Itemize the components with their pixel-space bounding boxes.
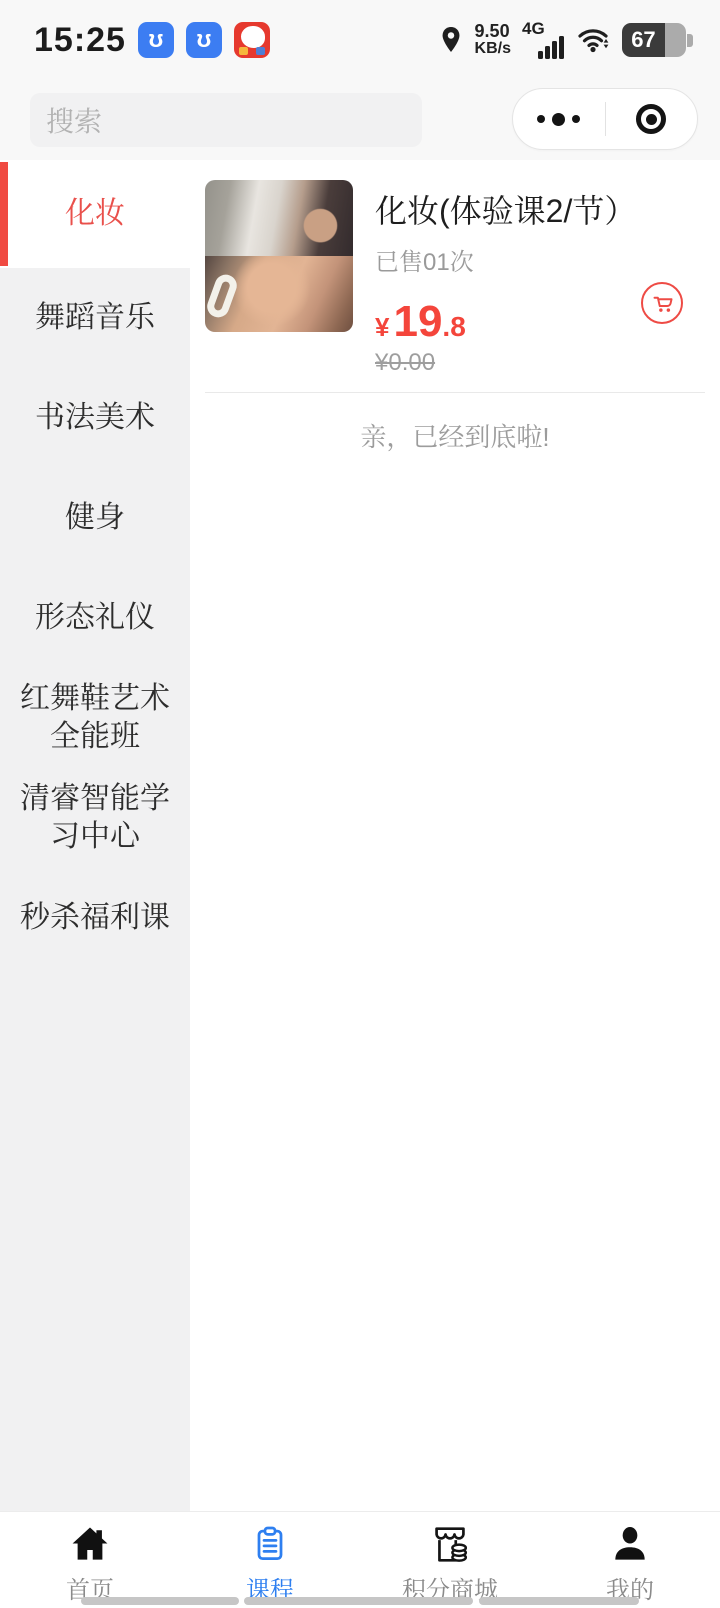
status-bar-left: 15:25 ʊ ʊ	[34, 21, 270, 60]
sidebar-item-wudaoyinyue[interactable]: 舞蹈音乐	[0, 268, 190, 368]
sidebar-item-hongwuxie[interactable]: 红舞鞋艺术全能班	[0, 668, 190, 768]
sidebar-item-label: 形态礼仪	[35, 599, 155, 637]
more-dots-icon	[537, 113, 580, 126]
course-info: 化妆(体验课2/节） 已售01次 ¥ 19 .8 ¥0.00	[375, 180, 705, 377]
search-placeholder: 搜索	[46, 100, 102, 140]
course-card[interactable]: 化妆(体验课2/节） 已售01次 ¥ 19 .8 ¥0.00	[205, 180, 705, 377]
sidebar-item-huazhuang[interactable]: 化妆	[0, 160, 190, 268]
app-notification-icon	[234, 22, 270, 58]
cart-icon	[647, 288, 677, 318]
top-area: 15:25 ʊ ʊ 9.50 KB/s 4G	[0, 0, 720, 160]
app-body: 化妆 舞蹈音乐 书法美术 健身 形态礼仪 红舞鞋艺术全能班 清睿智能学习中心 秒…	[0, 160, 720, 1511]
cellular-signal-icon: 4G	[522, 20, 566, 60]
home-icon	[68, 1522, 112, 1566]
points-mall-icon	[427, 1521, 473, 1567]
courses-icon	[248, 1522, 292, 1566]
circle-dot-icon	[636, 104, 666, 134]
tab-home[interactable]: 首页	[0, 1512, 180, 1608]
sidebar-item-label: 清睿智能学习中心	[14, 780, 176, 856]
original-price: ¥0.00	[375, 349, 705, 377]
location-icon	[438, 24, 464, 56]
sidebar-item-label: 化妆	[65, 195, 125, 233]
active-indicator	[0, 162, 8, 266]
sidebar-item-jianshen[interactable]: 健身	[0, 468, 190, 568]
tab-courses[interactable]: 课程	[180, 1512, 360, 1608]
battery-percent: 67	[622, 23, 665, 57]
clock: 15:25	[34, 21, 126, 60]
sidebar-item-miaosha[interactable]: 秒杀福利课	[0, 868, 190, 968]
search-input[interactable]: 搜索	[30, 93, 422, 147]
bottom-tab-bar: 首页 课程	[0, 1511, 720, 1608]
status-bar-right: 9.50 KB/s 4G	[438, 20, 694, 60]
profile-icon	[608, 1522, 652, 1566]
miniprogram-capsule	[512, 88, 698, 150]
currency-symbol: ¥	[375, 312, 389, 343]
sidebar-item-label: 红舞鞋艺术全能班	[14, 680, 176, 756]
sidebar-item-shufameishu[interactable]: 书法美术	[0, 368, 190, 468]
app-screen: 15:25 ʊ ʊ 9.50 KB/s 4G	[0, 0, 720, 1608]
uc-browser-notification-icon: ʊ	[186, 22, 222, 58]
list-divider	[205, 392, 705, 393]
add-to-cart-button[interactable]	[641, 282, 683, 324]
network-speed: 9.50 KB/s	[475, 22, 511, 58]
search-row: 搜索	[0, 80, 720, 160]
course-title: 化妆(体验课2/节）	[375, 186, 705, 232]
tab-profile[interactable]: 我的	[540, 1512, 720, 1608]
close-miniprogram-button[interactable]	[606, 89, 698, 149]
end-of-list-message: 亲，已经到底啦!	[205, 417, 705, 454]
sidebar-item-label: 秒杀福利课	[20, 899, 170, 937]
uc-browser-notification-icon: ʊ	[138, 22, 174, 58]
battery-icon: 67	[622, 23, 694, 57]
tab-points-mall[interactable]: 积分商城	[360, 1512, 540, 1608]
course-list: 化妆(体验课2/节） 已售01次 ¥ 19 .8 ¥0.00	[190, 160, 720, 1511]
price-decimal: .8	[442, 311, 465, 343]
sidebar-item-label: 健身	[65, 499, 125, 537]
course-sold-count: 已售01次	[375, 242, 705, 277]
status-bar: 15:25 ʊ ʊ 9.50 KB/s 4G	[0, 0, 720, 80]
signal-bars-icon	[538, 35, 566, 59]
sidebar-item-qingrui[interactable]: 清睿智能学习中心	[0, 768, 190, 868]
category-sidebar: 化妆 舞蹈音乐 书法美术 健身 形态礼仪 红舞鞋艺术全能班 清睿智能学习中心 秒…	[0, 160, 190, 1511]
price-integer: 19	[393, 297, 442, 347]
sidebar-item-xingtailiyi[interactable]: 形态礼仪	[0, 568, 190, 668]
course-image	[205, 180, 353, 332]
more-menu-button[interactable]	[513, 89, 605, 149]
sidebar-item-label: 舞蹈音乐	[35, 299, 155, 337]
sidebar-item-label: 书法美术	[35, 399, 155, 437]
wifi-icon	[577, 26, 611, 54]
home-indicator[interactable]	[0, 1597, 720, 1606]
